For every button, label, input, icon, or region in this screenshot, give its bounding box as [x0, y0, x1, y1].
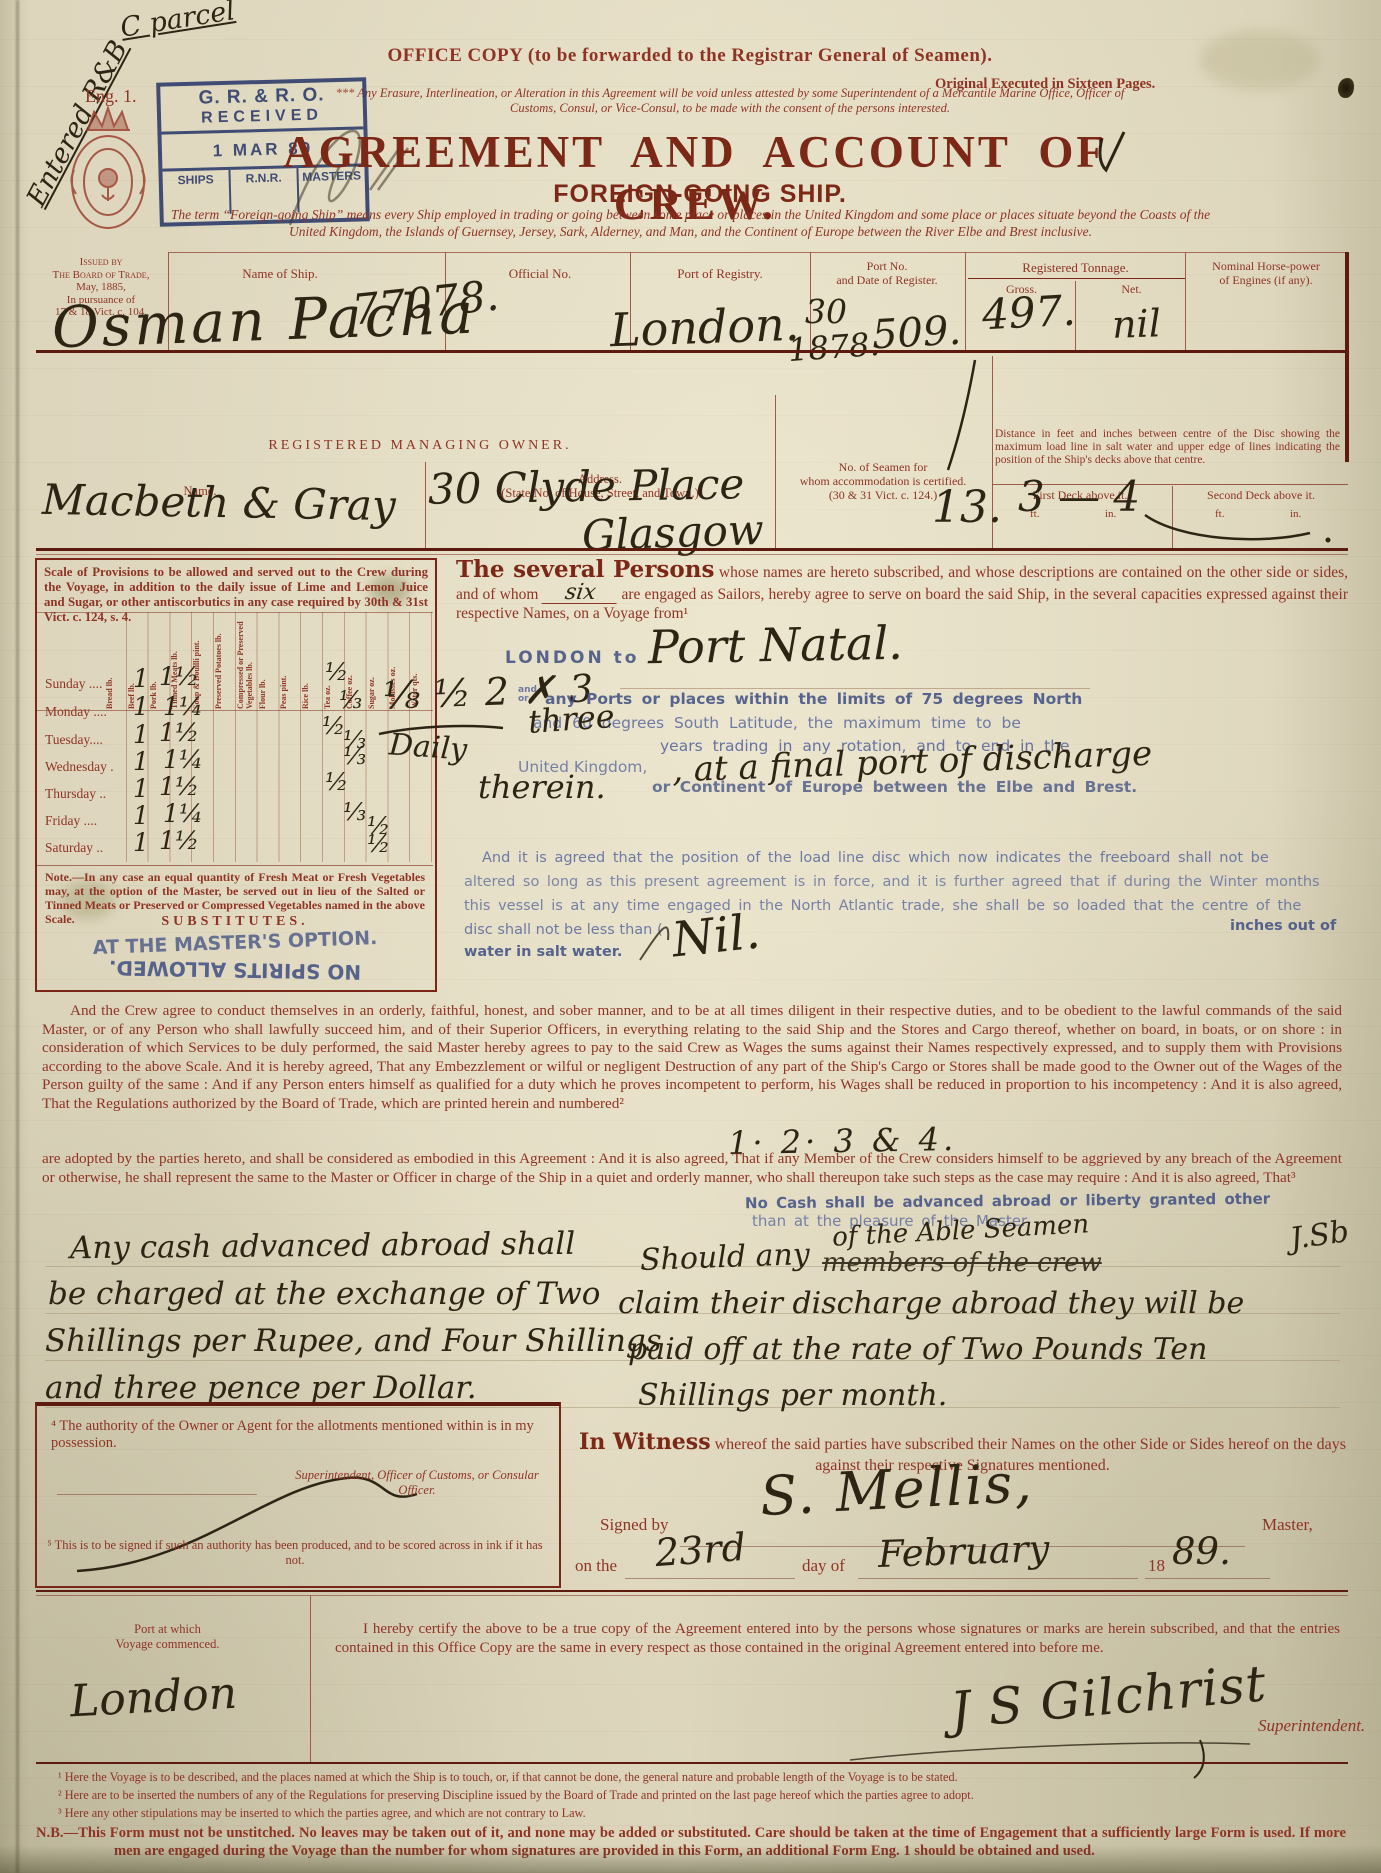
provision-value: 1	[133, 720, 149, 749]
checkmark-annotation	[1090, 120, 1140, 180]
loadline-distance-header: Distance in feet and inches between cent…	[995, 428, 1340, 467]
loadline-line4b: inches out of	[1230, 918, 1336, 934]
therein-value: therein.	[478, 768, 606, 806]
section-divider	[36, 350, 1348, 353]
provision-value: ⅓	[339, 686, 362, 714]
loadline-line3: this vessel is at any time engaged in th…	[464, 898, 1301, 914]
royal-crest-icon	[52, 100, 164, 235]
discharge-clause-struck: members of the crew	[822, 1248, 1102, 1278]
provisions-box: Scale of Provisions to be allowed and se…	[35, 558, 437, 992]
register-date-value: 1878.	[787, 325, 881, 369]
provision-value: ½	[367, 830, 390, 858]
first-deck-value: 3 — 4	[1018, 472, 1140, 521]
signature-rule	[57, 1494, 257, 1495]
provision-value: 1	[133, 692, 149, 721]
seamen-count-value: 13.	[932, 482, 1002, 533]
office-copy-heading: OFFICE COPY (to be forwarded to the Regi…	[330, 45, 1050, 67]
provision-row-day: Thursday ..	[45, 786, 106, 802]
loadline-line5: water in salt water.	[464, 944, 622, 960]
provision-value: ⅓	[343, 798, 366, 826]
provision-value: ½	[322, 712, 345, 740]
net-tonnage-value: 497.	[981, 286, 1077, 340]
ruled-line	[620, 688, 1090, 689]
page-subtitle: FOREIGN-GOING SHIP.	[300, 180, 1100, 209]
provision-row-day: Wednesday .	[45, 759, 114, 775]
provision-value: ⅓	[343, 742, 366, 770]
section-divider	[36, 1590, 1348, 1592]
cash-clause-line1: Any cash advanced abroad shall	[70, 1226, 575, 1266]
port-no-value: 30	[805, 292, 847, 331]
foreign-going-definition: The term “Foreign-going Ship” means ever…	[158, 207, 1223, 240]
master-label: Master,	[1262, 1515, 1313, 1535]
column-header: Peas pint.	[279, 613, 301, 709]
provision-value: 1¼	[163, 692, 203, 721]
left-stitch-crease	[16, 0, 19, 1873]
provision-value: 1	[133, 801, 149, 830]
provision-value: 1¼	[163, 745, 203, 774]
no-cash-stamp-line1: No Cash shall be advanced abroad or libe…	[745, 1190, 1270, 1213]
year-printed: 18	[1148, 1556, 1165, 1576]
cash-clause-line3: Shillings per Rupee, and Four Shillings	[45, 1323, 662, 1359]
voyage-stamp-line5: or Continent of Europe between the Elbe …	[652, 778, 1137, 796]
owner-address-value2: Glasgow	[581, 505, 764, 560]
provision-value: 1½	[159, 772, 199, 801]
voyage-stamp-line1: any Ports or places within the limits of…	[545, 690, 1082, 708]
certification-text: I hereby certify the above to be a true …	[335, 1620, 1340, 1658]
table-line	[968, 278, 1185, 279]
month-value: February	[877, 1527, 1050, 1576]
net-header: Net.	[1078, 282, 1185, 297]
superintendent-signature: J S Gilchrist	[948, 1654, 1269, 1739]
provision-row-day: Sunday ....	[45, 676, 102, 692]
superintendent-label: Superintendent.	[1258, 1716, 1365, 1736]
section-divider	[36, 548, 1348, 551]
ship-name-header: Name of Ship.	[180, 266, 380, 282]
section-divider	[36, 554, 1348, 555]
andor-stack: andor	[518, 686, 537, 704]
day-of-label: day of	[802, 1556, 845, 1576]
discharge-clause-line2: claim their discharge abroad they will b…	[618, 1286, 1244, 1321]
discharge-clause-pre: Should any	[639, 1237, 810, 1278]
column-header: Bread lb.	[105, 613, 127, 709]
owner-address-value1: 30 Clyde Place	[428, 459, 745, 514]
provision-value: ½	[325, 658, 348, 686]
section-divider	[36, 1595, 1348, 1596]
column-header: Rice lb.	[301, 613, 323, 709]
table-line	[425, 462, 426, 548]
table-line	[775, 395, 776, 548]
master-signature: S. Mellis,	[759, 1451, 1035, 1528]
several-persons-paragraph: The several Persons whose names are here…	[456, 560, 1348, 624]
date-rule	[858, 1578, 1138, 1579]
horsepower-header: Nominal Horse-power of Engines (if any).	[1190, 259, 1342, 287]
paper-stain	[1200, 30, 1320, 90]
provision-value: 1	[133, 774, 149, 803]
day-value: 23rd	[654, 1525, 748, 1575]
provision-value: 1	[133, 664, 149, 693]
provision-value: 1½	[159, 662, 199, 691]
provision-row-day: Saturday ..	[45, 840, 103, 856]
provision-value: ½	[325, 768, 348, 796]
table-line	[310, 1595, 311, 1762]
loadline-line2: altered so long as this present agreemen…	[464, 874, 1320, 890]
tonnage-header: Registered Tonnage.	[968, 260, 1183, 276]
port-commenced-label: Port at which Voyage commenced.	[60, 1622, 275, 1652]
destination-value: Port Natal.	[648, 616, 904, 674]
provision-value: 1¼	[163, 799, 203, 828]
discharge-clause-line3: paid off at the rate of Two Pounds Ten	[628, 1332, 1207, 1367]
section-divider	[36, 1762, 1348, 1764]
crew-agreement-paragraph: And the Crew agree to conduct themselves…	[42, 1002, 1342, 1114]
port-no-header: Port No. and Date of Register.	[813, 259, 961, 287]
footnote-3: ³ Here any other stipulations may be ins…	[58, 1806, 1348, 1821]
table-line	[1185, 252, 1186, 352]
allotment-fn4: ⁴ The authority of the Owner or Agent fo…	[37, 1406, 559, 1452]
adopted-paragraph: are adopted by the parties hereto, and s…	[42, 1150, 1342, 1187]
date-rule	[1145, 1578, 1270, 1579]
provision-value: 1	[133, 828, 149, 857]
document-page: Entered R&B C parcel OFFICE COPY (to be …	[0, 0, 1381, 1873]
column-header: Flour lb.	[258, 613, 280, 709]
nil-flourish	[630, 900, 830, 970]
table-line	[37, 865, 433, 866]
provision-value: 1½	[159, 718, 199, 747]
discharge-clause-line4: Shillings per month.	[638, 1378, 947, 1413]
persons-count-blank: six	[541, 583, 619, 604]
witness-opener: In Witness	[579, 1429, 711, 1455]
provision-value: 1½	[159, 826, 199, 855]
allotment-officer-label: Superintendent, Officer of Customs, or C…	[292, 1468, 542, 1498]
port-registry-header: Port of Registry.	[640, 266, 800, 282]
port-registry-value: London.	[609, 297, 800, 358]
date-rule	[625, 1578, 795, 1579]
provision-row-day: Friday ....	[45, 813, 97, 829]
deck-value-flourish	[1140, 495, 1340, 555]
column-header: Preserved Potatoes lb.	[214, 613, 236, 709]
table-line	[965, 252, 966, 352]
cash-clause-line4: and three pence per Dollar.	[45, 1370, 477, 1406]
allotment-fn5: ⁵ This is to be signed if such an author…	[45, 1538, 545, 1568]
persons-opener: The several Persons	[456, 556, 714, 583]
provision-row-day: Tuesday....	[45, 732, 103, 748]
provision-row-day: Monday ....	[45, 704, 107, 720]
port-commenced-value: London	[69, 1668, 238, 1728]
years-value: three	[527, 697, 616, 741]
page-edge-shadow	[0, 1845, 1381, 1873]
discharge-initials: J.Sb	[1288, 1214, 1351, 1257]
allotment-authority-box: ⁴ The authority of the Owner or Agent fo…	[35, 1402, 561, 1588]
table-line	[168, 252, 1348, 253]
year-value: 89.	[1172, 1530, 1231, 1573]
table-line	[1345, 252, 1349, 462]
ink-blot	[1338, 78, 1354, 98]
footnote-2: ² Here are to be inserted the numbers of…	[58, 1788, 1348, 1803]
provision-value: 1	[133, 747, 149, 776]
cash-clause-line2: be charged at the exchange of Two	[48, 1276, 600, 1312]
footnote-1: ¹ Here the Voyage is to be described, an…	[58, 1770, 1348, 1785]
column-header: Compressed or Preserved Vegetables lb.	[236, 613, 258, 709]
on-the-label: on the	[575, 1556, 617, 1576]
no-spirits-stamp: NO SPIRITS ALLOWED.	[45, 955, 425, 986]
pen-stroke	[930, 355, 990, 475]
london-to-stamp: LONDON to	[505, 648, 639, 668]
horsepower-value: nil	[1111, 301, 1161, 347]
owner-name-value: Macbeth & Gray	[42, 475, 397, 530]
owner-heading: REGISTERED MANAGING OWNER.	[180, 438, 660, 454]
parcel-annotation: C parcel	[118, 0, 237, 44]
loadline-line1: And it is agreed that the position of th…	[482, 850, 1269, 866]
daily-label: Daily	[388, 727, 468, 767]
